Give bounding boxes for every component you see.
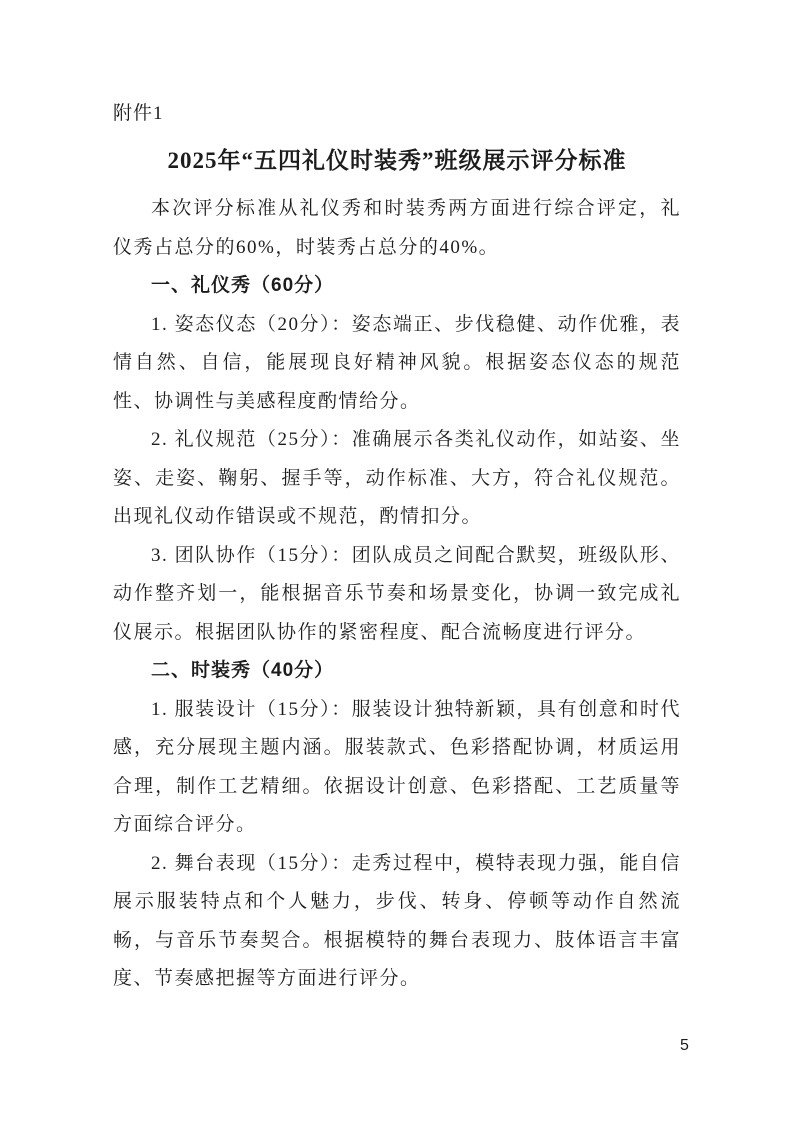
page-number: 5 <box>680 1036 689 1056</box>
attachment-label: 附件1 <box>113 100 681 128</box>
section-heading-etiquette-show: 一、礼仪秀（60分） <box>113 267 681 306</box>
etiquette-item-posture: 1. 姿态仪态（20分）：姿态端正、步伐稳健、动作优雅，表情自然、自信，能展现良… <box>113 306 681 422</box>
etiquette-item-teamwork: 3. 团队协作（15分）：团队成员之间配合默契，班级队形、动作整齐划一，能根据音… <box>113 537 681 653</box>
document-content: 附件1 2025年“五四礼仪时装秀”班级展示评分标准 本次评分标准从礼仪秀和时装… <box>113 100 681 999</box>
section-heading-fashion-show: 二、时装秀（40分） <box>113 652 681 691</box>
fashion-item-stage-performance: 2. 舞台表现（15分）：走秀过程中，模特表现力强，能自信展示服装特点和个人魅力… <box>113 845 681 999</box>
etiquette-item-standards: 2. 礼仪规范（25分）：准确展示各类礼仪动作，如站姿、坐姿、走姿、鞠躬、握手等… <box>113 421 681 537</box>
intro-paragraph: 本次评分标准从礼仪秀和时装秀两方面进行综合评定，礼仪秀占总分的60%，时装秀占总… <box>113 190 681 267</box>
fashion-item-costume-design: 1. 服装设计（15分）：服装设计独特新颖，具有创意和时代感，充分展现主题内涵。… <box>113 691 681 845</box>
document-page: 附件1 2025年“五四礼仪时装秀”班级展示评分标准 本次评分标准从礼仪秀和时装… <box>0 0 793 1122</box>
document-title: 2025年“五四礼仪时装秀”班级展示评分标准 <box>113 145 681 177</box>
